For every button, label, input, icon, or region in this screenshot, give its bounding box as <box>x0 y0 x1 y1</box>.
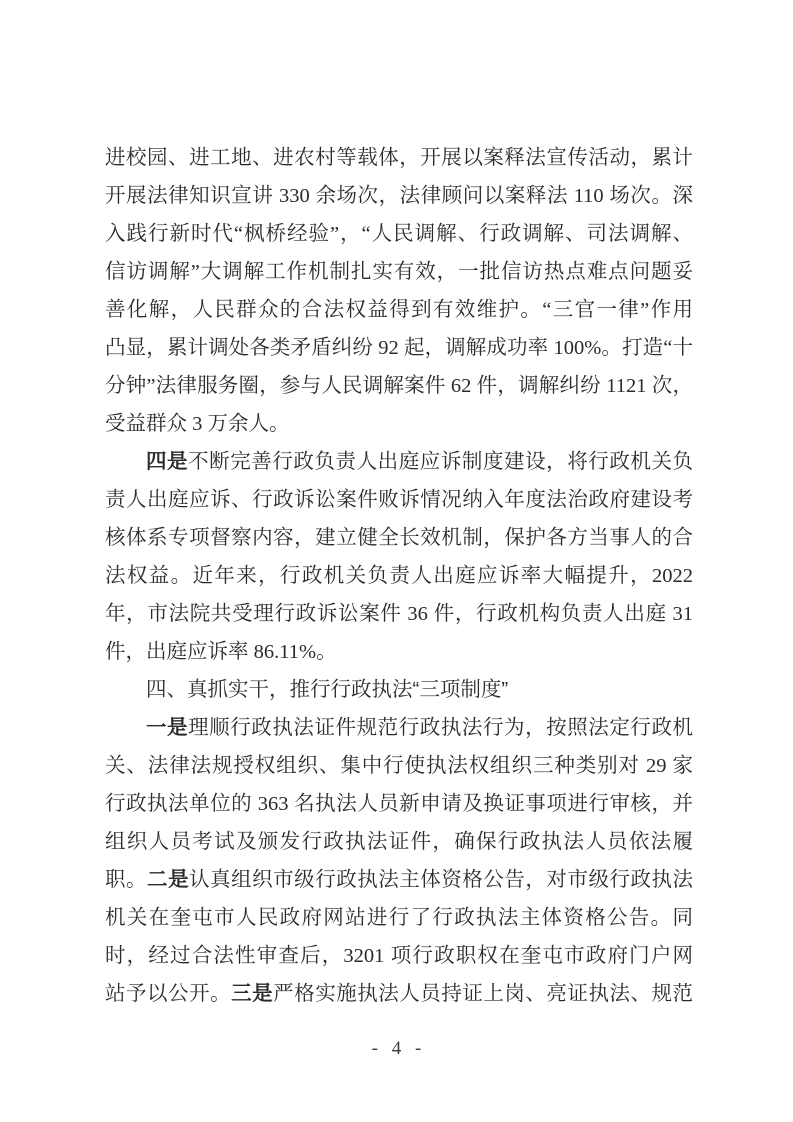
text-run: 凸显，累计调处各类矛盾纠纷 92 起，调解成功率 100%。打造“十 <box>105 337 693 359</box>
text-line: 凸显，累计调处各类矛盾纠纷 92 起，调解成功率 100%。打造“十 <box>105 329 693 367</box>
bold-run: 四是 <box>146 450 188 473</box>
text-run: 进校园、进工地、进农村等载体，开展以案释法宣传活动，累计 <box>105 147 693 169</box>
text-line: 核体系专项督察内容，建立健全长效机制，保护各方当事人的合 <box>105 519 693 557</box>
text-run: 法权益。近年来，行政机关负责人出庭应诉率大幅提升，2022 <box>105 565 693 587</box>
text-run: 不断完善行政负责人出庭应诉制度建设，将行政机关负 <box>188 451 693 473</box>
text-run: 机关在奎屯市人民政府网站进行了行政执法主体资格公告。同 <box>105 907 693 929</box>
section-heading: 四、真抓实干，推行行政执法“三项制度” <box>105 671 693 709</box>
text-run: 年，市法院共受理行政诉讼案件 36 件，行政机构负责人出庭 31 <box>105 603 693 625</box>
text-line: 入践行新时代“枫桥经验”，“人民调解、行政调解、司法调解、 <box>105 215 693 253</box>
text-line: 组织人员考试及颁发行政执法证件，确保行政执法人员依法履 <box>105 823 693 861</box>
text-run: 站予以公开。 <box>105 983 231 1005</box>
text-line: 件，出庭应诉率 86.11%。 <box>105 633 693 671</box>
text-run: 认真组织市级行政执法主体资格公告，对市级行政执法 <box>189 869 693 891</box>
text-run: 善化解，人民群众的合法权益得到有效维护。“三官一律”作用 <box>105 299 693 321</box>
bold-run: 二是 <box>147 868 189 891</box>
bold-run: 三是 <box>231 982 273 1005</box>
text-line: 责人出庭应诉、行政诉讼案件败诉情况纳入年度法治政府建设考 <box>105 481 693 519</box>
text-run: 开展法律知识宣讲 330 余场次，法律顾问以案释法 110 场次。深 <box>105 185 693 207</box>
text-line: 法权益。近年来，行政机关负责人出庭应诉率大幅提升，2022 <box>105 557 693 595</box>
text-line: 进校园、进工地、进农村等载体，开展以案释法宣传活动，累计 <box>105 139 693 177</box>
text-run: 信访调解”大调解工作机制扎实有效，一批信访热点难点问题妥 <box>105 261 693 283</box>
bold-run: 一是 <box>146 716 188 739</box>
text-run: 件，出庭应诉率 86.11%。 <box>105 641 337 663</box>
text-line: 善化解，人民群众的合法权益得到有效维护。“三官一律”作用 <box>105 291 693 329</box>
text-run: 四、真抓实干，推行行政执法“三项制度” <box>146 678 508 701</box>
text-run: 关、法律法规授权组织、集中行使执法权组织三种类别对 29 家 <box>105 755 693 777</box>
document-page: 进校园、进工地、进农村等载体，开展以案释法宣传活动，累计开展法律知识宣讲 330… <box>0 0 793 1122</box>
text-line: 机关在奎屯市人民政府网站进行了行政执法主体资格公告。同 <box>105 899 693 937</box>
text-run: 核体系专项督察内容，建立健全长效机制，保护各方当事人的合 <box>105 527 693 549</box>
text-run: 受益群众 3 万余人。 <box>105 413 290 435</box>
text-run: 严格实施执法人员持证上岗、亮证执法、规范 <box>273 983 693 1005</box>
document-body: 进校园、进工地、进农村等载体，开展以案释法宣传活动，累计开展法律知识宣讲 330… <box>105 139 693 1013</box>
text-line: 信访调解”大调解工作机制扎实有效，一批信访热点难点问题妥 <box>105 253 693 291</box>
text-run: 理顺行政执法证件规范行政执法行为，按照法定行政机 <box>188 717 693 739</box>
text-run: 责人出庭应诉、行政诉讼案件败诉情况纳入年度法治政府建设考 <box>105 489 693 511</box>
text-line: 分钟”法律服务圈，参与人民调解案件 62 件，调解纠纷 1121 次， <box>105 367 693 405</box>
text-line: 年，市法院共受理行政诉讼案件 36 件，行政机构负责人出庭 31 <box>105 595 693 633</box>
text-line: 四是不断完善行政负责人出庭应诉制度建设，将行政机关负 <box>105 443 693 481</box>
text-line: 职。二是认真组织市级行政执法主体资格公告，对市级行政执法 <box>105 861 693 899</box>
page-number: - 4 - <box>0 1035 793 1063</box>
text-run: 时，经过合法性审查后，3201 项行政职权在奎屯市政府门户网 <box>105 945 693 967</box>
text-run: 行政执法单位的 363 名执法人员新申请及换证事项进行审核，并 <box>105 793 693 815</box>
text-run: 分钟”法律服务圈，参与人民调解案件 62 件，调解纠纷 1121 次， <box>105 375 693 397</box>
text-run: 职。 <box>105 869 147 891</box>
text-line: 一是理顺行政执法证件规范行政执法行为，按照法定行政机 <box>105 709 693 747</box>
text-line: 受益群众 3 万余人。 <box>105 405 693 443</box>
text-line: 关、法律法规授权组织、集中行使执法权组织三种类别对 29 家 <box>105 747 693 785</box>
text-run: 入践行新时代“枫桥经验”，“人民调解、行政调解、司法调解、 <box>105 223 693 245</box>
text-line: 开展法律知识宣讲 330 余场次，法律顾问以案释法 110 场次。深 <box>105 177 693 215</box>
text-line: 行政执法单位的 363 名执法人员新申请及换证事项进行审核，并 <box>105 785 693 823</box>
text-line: 站予以公开。三是严格实施执法人员持证上岗、亮证执法、规范 <box>105 975 693 1013</box>
text-line: 时，经过合法性审查后，3201 项行政职权在奎屯市政府门户网 <box>105 937 693 975</box>
text-run: 组织人员考试及颁发行政执法证件，确保行政执法人员依法履 <box>105 831 693 853</box>
